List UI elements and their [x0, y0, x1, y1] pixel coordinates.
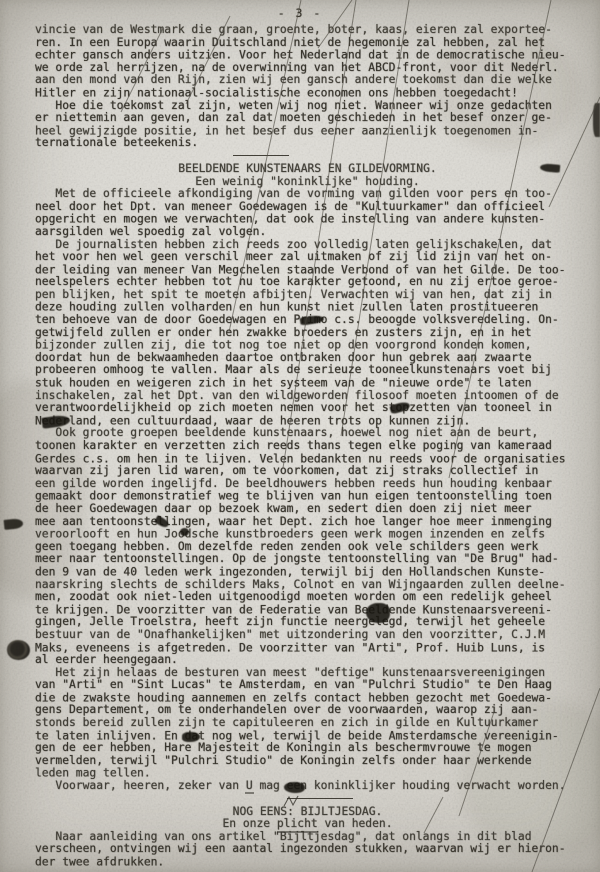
text-block: BEELDENDE KUNSTENAARS EN GILDEVORMING. — [35, 163, 580, 176]
text-block: Het zijn helaas de besturen van meest "d… — [35, 667, 580, 780]
text-line: de heer Goedewagen daar op bezoek kwam, … — [35, 503, 580, 516]
text-line: vincie van de Westmark die graan, groent… — [35, 24, 580, 37]
text-line: pen blijken, het spit te moeten afbijten… — [35, 289, 580, 302]
text-line: mee aan tentoonstellingen, waar het Dept… — [35, 516, 580, 529]
text-line: verantwoordelijkheid op zich moeten neme… — [35, 402, 580, 415]
text-line: Gerdes c.s. om hen in te lijven. Velen b… — [35, 453, 580, 466]
text-line: gen de eer hebben, Hare Majesteit de Kon… — [35, 742, 580, 755]
document-body: vincie van de Westmark die graan, groent… — [0, 0, 600, 872]
text-line: toonen karakter en verzetten zich reeds … — [35, 440, 580, 453]
text-line: er niettemin aan geven, dan zal dat moet… — [35, 112, 580, 125]
text-line: een gilde worden ingelijfd. De beeldhouw… — [35, 478, 580, 491]
text-line: Naar aanleiding van ons artikel "Bijltje… — [35, 831, 580, 844]
separator-rule — [35, 794, 580, 803]
circled-ink-blot — [7, 640, 30, 660]
text-line: veroorlooft en hun Joodsche kunstbroeder… — [35, 529, 580, 542]
text-line: Ook groote groepen beeldende kunstenaars… — [35, 427, 580, 440]
scanned-document-page: - 3 - vincie van de Westmark die graan, … — [0, 0, 600, 872]
typed-rule — [287, 798, 353, 799]
text-block: En onze plicht van heden. — [35, 818, 580, 831]
text-block: Met de officieele afkondiging van de vor… — [35, 188, 580, 238]
ink-blot-een — [284, 782, 305, 793]
text-line: bestuur van de "Onafhankelijken" met uit… — [35, 629, 580, 642]
text-line: stonds bereid zullen zijn te capituleere… — [35, 717, 580, 730]
text-line: der twee afdrukken. — [35, 856, 580, 869]
typed-rule — [233, 155, 289, 156]
text-line: ren. In een Europa waarin Duitschland ni… — [35, 37, 580, 50]
text-line: opgericht en mogen we verwachten, dat oo… — [35, 214, 580, 227]
text-line: Maks, eveneens is afgetreden. De voorzit… — [35, 642, 580, 655]
text-line: verscheen, ontvingen wij een aantal inge… — [35, 843, 580, 856]
text-line: De journalisten hebben zich reeds zoo vo… — [35, 239, 580, 252]
text-line: bijzonder zullen zij, die tot nog toe ni… — [35, 340, 580, 353]
round-ink-blot — [366, 603, 390, 623]
text-line: inschakelen, zal het Dpt. van den wildge… — [35, 390, 580, 403]
text-line: van "Arti" en "Sint Lucas" te Amsterdam,… — [35, 679, 580, 692]
text-line: te krijgen. De voorzitter van de Federat… — [35, 604, 580, 617]
text-line: BEELDENDE KUNSTENAARS EN GILDEVORMING. — [35, 163, 580, 176]
text-line: ternationale beteekenis. — [35, 137, 580, 150]
text-line: Hitler en zijn nationaal-socialistische … — [35, 87, 580, 100]
text-line: neelspelers echter hebben tot nu toe kar… — [35, 276, 580, 289]
text-line: echter gansch anders uitzien. Voor het N… — [35, 50, 580, 63]
text-line: vermelden, terwijl "Pulchri Studio" de K… — [35, 755, 580, 768]
text-line: waarvan zij jaren lid waren, om te voork… — [35, 465, 580, 478]
text-line: aarsgilden wel spoedig zal volgen. — [35, 226, 580, 239]
text-line: Het zijn helaas de besturen van meest "d… — [35, 667, 580, 680]
text-line: gemaakt door demonstratief weg te blijve… — [35, 491, 580, 504]
text-line: deze houding zullen volharden en hun kun… — [35, 302, 580, 315]
text-line: En onze plicht van heden. — [35, 818, 580, 831]
text-line: der leiding van meneer Van Megchelen sta… — [35, 264, 580, 277]
text-line: aan den mond van den Rijn, zien wij een … — [35, 74, 580, 87]
text-line: den 9 van de 40 leden werk ingezonden, t… — [35, 566, 580, 579]
text-line: getwijfeld zullen er onder hen zwakke br… — [35, 327, 580, 340]
text-line: Voorwaar, heeren, zeker van U mag een ko… — [35, 780, 580, 793]
text-line: die de zwakste houding aannemen en zelfs… — [35, 692, 580, 705]
text-line: meer naar tentoonstellingen. Op de jongs… — [35, 553, 580, 566]
text-line: probeeren omhoog te vallen. Maar als de … — [35, 364, 580, 377]
text-line: Met de officieele afkondiging van de vor… — [35, 188, 580, 201]
text-line: men, zoodat ook niet-leden uitgenoodigd … — [35, 591, 580, 604]
text-block: Ook groote groepen beeldende kunstenaars… — [35, 427, 580, 666]
text-block: Naar aanleiding van ons artikel "Bijltje… — [35, 831, 580, 869]
text-line: naarskring slechts de schilders Maks, Co… — [35, 579, 580, 592]
text-line: al eerder heengegaan. — [35, 654, 580, 667]
text-line: het voor hen wel geen verschil meer zal … — [35, 251, 580, 264]
text-block: Voorwaar, heeren, zeker van U mag een ko… — [35, 780, 580, 793]
edge-ink-sliver — [593, 103, 600, 137]
text-block: De journalisten hebben zich reeds zoo vo… — [35, 239, 580, 428]
text-block: vincie van de Westmark die graan, groent… — [35, 24, 580, 150]
small-ink-dot — [180, 528, 189, 536]
text-line: neel door het Dpt. van meneer Goedewagen… — [35, 201, 580, 214]
text-line: heel gewijzigde positie, in het besef du… — [35, 125, 580, 138]
text-line: te laten inlijven. En dat nog wel, terwi… — [35, 730, 580, 743]
separator-rule — [35, 151, 580, 160]
